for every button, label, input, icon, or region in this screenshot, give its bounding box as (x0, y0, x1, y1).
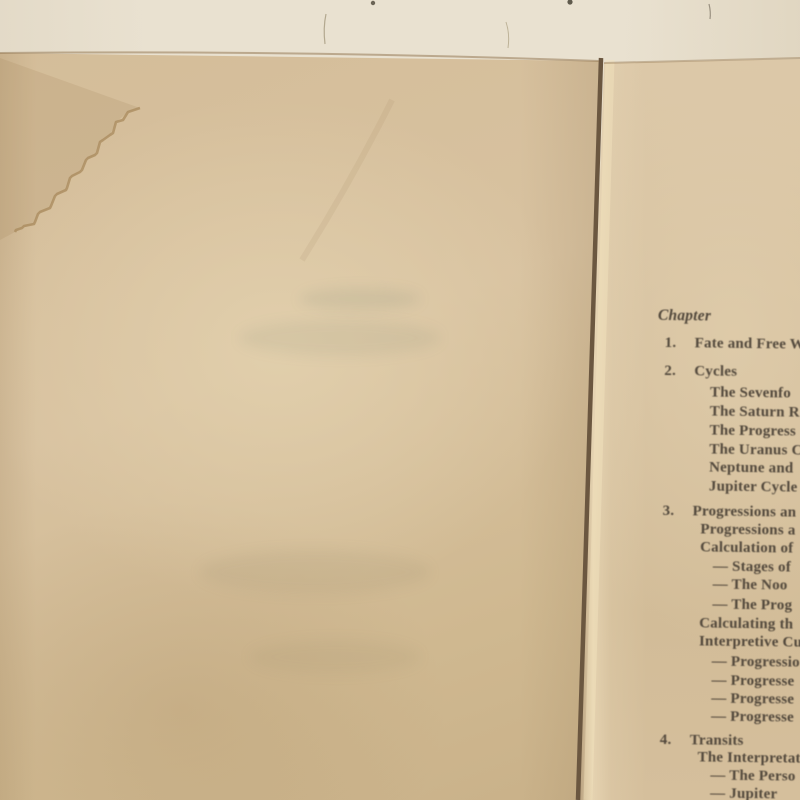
torn-corner (0, 50, 604, 800)
chapter-title: Cycles (694, 363, 737, 380)
toc-chapter-2: 2.Cycles (664, 364, 737, 380)
toc-dash-entry: — The Noo (713, 578, 788, 594)
toc-chapter-3: 3.Progressions an (662, 504, 796, 521)
toc-subentry: The Sevenfo (710, 386, 791, 402)
speck (371, 1, 375, 5)
toc-chapter-4: 4.Transits (660, 733, 744, 749)
toc-dash-entry: — Progresse (711, 692, 794, 708)
toc-subentry: The Uranus C (709, 443, 800, 459)
paper-fiber (506, 22, 509, 48)
left-page (0, 50, 604, 800)
table-of-contents: Chapter 1.Fate and Free W 2.Cycles The S… (577, 53, 800, 800)
chapter-title: Progressions an (692, 503, 796, 520)
toc-dash-entry: — Progressio (712, 655, 800, 671)
toc-dash-entry: — The Perso (710, 769, 795, 785)
toc-subentry: Calculating th (699, 616, 793, 632)
toc-subentry: Calculation of (700, 540, 793, 556)
toc-dash-entry: — Stages of (713, 560, 791, 576)
toc-subentry: The Progress (709, 424, 796, 440)
paper-fiber (324, 14, 326, 44)
toc-subentry: Interpretive Cu (699, 634, 800, 650)
paper-fiber (709, 4, 710, 19)
chapter-number: 3. (662, 504, 692, 519)
toc-subentry: The Saturn R (710, 405, 800, 421)
chapter-title: Fate and Free W (695, 335, 800, 352)
toc-header: Chapter (658, 308, 711, 324)
speck (567, 0, 572, 5)
toc-subentry: Progressions a (700, 522, 795, 538)
toc-chapter-1: 1.Fate and Free W (665, 336, 800, 353)
toc-subentry: Neptune and (709, 461, 793, 477)
toc-dash-entry: — Jupiter (710, 787, 777, 800)
chapter-number: 4. (660, 733, 690, 748)
photo-open-book: Chapter 1.Fate and Free W 2.Cycles The S… (0, 0, 800, 800)
toc-subentry: Jupiter Cycle (709, 480, 798, 496)
chapter-number: 1. (665, 336, 695, 351)
chapter-number: 2. (664, 364, 694, 379)
toc-dash-entry: — Progresse (711, 674, 794, 690)
toc-dash-entry: — The Prog (712, 598, 792, 614)
chapter-title: Transits (690, 732, 744, 749)
crease-line (302, 100, 392, 260)
toc-subentry: The Interpretat (697, 750, 800, 766)
torn-area-shading (0, 58, 140, 240)
right-page: Chapter 1.Fate and Free W 2.Cycles The S… (577, 53, 800, 800)
toc-dash-entry: — Progresse (711, 710, 794, 726)
surface-debris (0, 0, 800, 60)
